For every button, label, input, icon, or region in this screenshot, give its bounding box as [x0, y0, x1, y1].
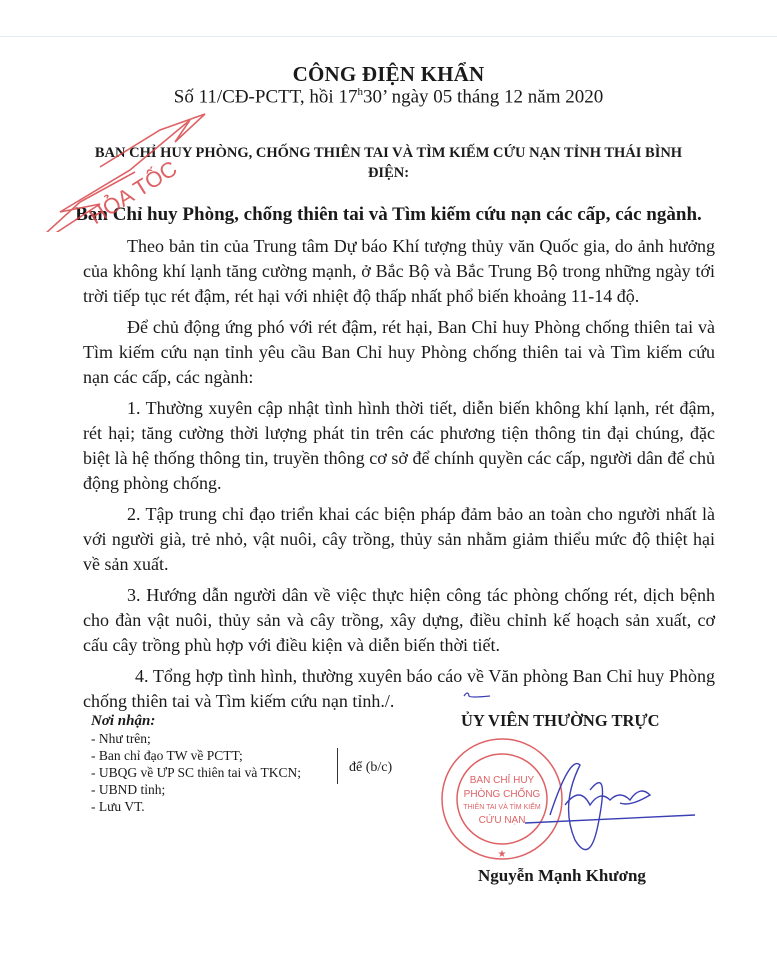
document-body: Theo bản tin của Trung tâm Dự báo Khí tư… — [83, 234, 715, 720]
recipient-item: - UBND tỉnh; — [91, 781, 301, 798]
recipient-item: - Như trên; — [91, 730, 301, 747]
svg-text:★: ★ — [498, 849, 507, 860]
paragraph-request: Để chủ động ứng phó với rét đậm, rét hại… — [83, 315, 715, 390]
recipient-item: - UBQG về ƯP SC thiên tai và TKCN; — [91, 764, 301, 781]
paragraph-item-4: 4. Tổng hợp tình hình, thường xuyên báo … — [83, 664, 715, 714]
document-title: CÔNG ĐIỆN KHẨN — [0, 62, 777, 87]
signer-name: Nguyễn Mạnh Khương — [478, 866, 646, 886]
svg-text:CỨU NẠN: CỨU NẠN — [479, 813, 526, 826]
bracket-divider — [337, 748, 338, 784]
scan-edge-line — [0, 36, 777, 37]
paragraph-item-2: 2. Tập trung chỉ đạo triển khai các biện… — [83, 502, 715, 577]
paragraph-intro: Theo bản tin của Trung tâm Dự báo Khí tư… — [83, 234, 715, 309]
noi-nhan-label: Nơi nhận: — [91, 713, 301, 730]
paragraph-item-3: 3. Hướng dẫn người dân về việc thực hiện… — [83, 583, 715, 658]
paragraph-item-1: 1. Thường xuyên cập nhật tình hình thời … — [83, 396, 715, 496]
purpose-note: để (b/c) — [349, 760, 392, 776]
signature-icon — [520, 745, 700, 875]
urgent-stamp-icon: HỎA TỐC — [40, 112, 210, 232]
recipient-item: - Ban chỉ đạo TW về PCTT; — [91, 747, 301, 764]
signer-position: ỦY VIÊN THƯỜNG TRỰC — [461, 711, 659, 731]
document-number-line: Số 11/CĐ-PCTT, hồi 17h30’ ngày 05 tháng … — [0, 86, 777, 108]
noi-nhan-block: Nơi nhận: - Như trên; - Ban chỉ đạo TW v… — [91, 713, 301, 815]
recipient-item: - Lưu VT. — [91, 798, 301, 815]
handwritten-mark-icon — [462, 688, 492, 700]
